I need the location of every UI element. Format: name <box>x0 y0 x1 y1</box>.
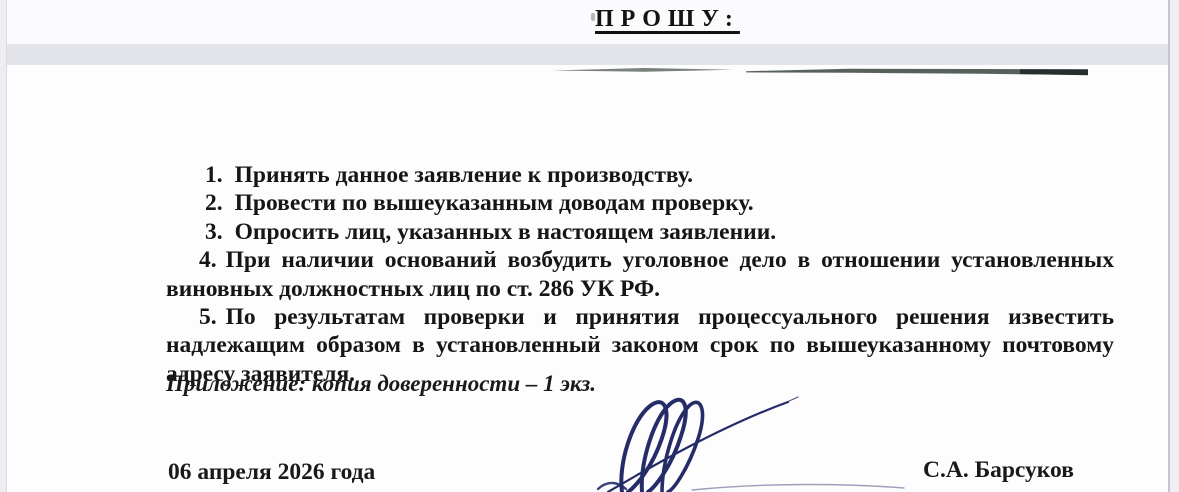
item-number: 1. <box>205 162 223 188</box>
item-text: При наличии оснований возбудить уголовно… <box>166 247 1114 301</box>
item-text: Опросить лиц, указанных в настоящем заяв… <box>235 219 777 245</box>
petition-item-2: 2.Провести по вышеуказанным доводам пров… <box>205 189 1114 217</box>
petition-item-3: 3.Опросить лиц, указанных в настоящем за… <box>205 218 1114 246</box>
signer-name: С.А. Барсуков <box>923 457 1074 484</box>
scan-artifact-streak <box>550 63 1095 79</box>
item-number: 3. <box>205 219 223 245</box>
item-text: Провести по вышеуказанным доводам провер… <box>235 190 754 216</box>
document-date: 06 апреля 2026 года <box>168 459 375 486</box>
page-gap <box>0 44 1179 65</box>
signature-ink <box>592 392 912 492</box>
scan-right-edge <box>1168 0 1179 492</box>
previous-page-bottom <box>6 0 1169 44</box>
item-number: 2. <box>205 190 223 216</box>
petition-list: 1.Принять данное заявление к производств… <box>166 161 1114 388</box>
item-number: 5. <box>199 304 217 330</box>
item-number: 4. <box>199 247 217 273</box>
attachment-note: Приложение: копия доверенности – 1 экз. <box>166 371 596 397</box>
petition-item-1: 1.Принять данное заявление к производств… <box>205 161 1114 189</box>
page-title: ПРОШУ: <box>595 6 740 33</box>
scanned-document-page: ПРОШУ: 1.Принять данное заявление к прои… <box>0 0 1179 492</box>
petition-item-4: 4.При наличии оснований возбудить уголов… <box>166 246 1114 303</box>
scan-left-edge <box>0 0 7 492</box>
item-text: Принять данное заявление к производству. <box>235 162 693 188</box>
